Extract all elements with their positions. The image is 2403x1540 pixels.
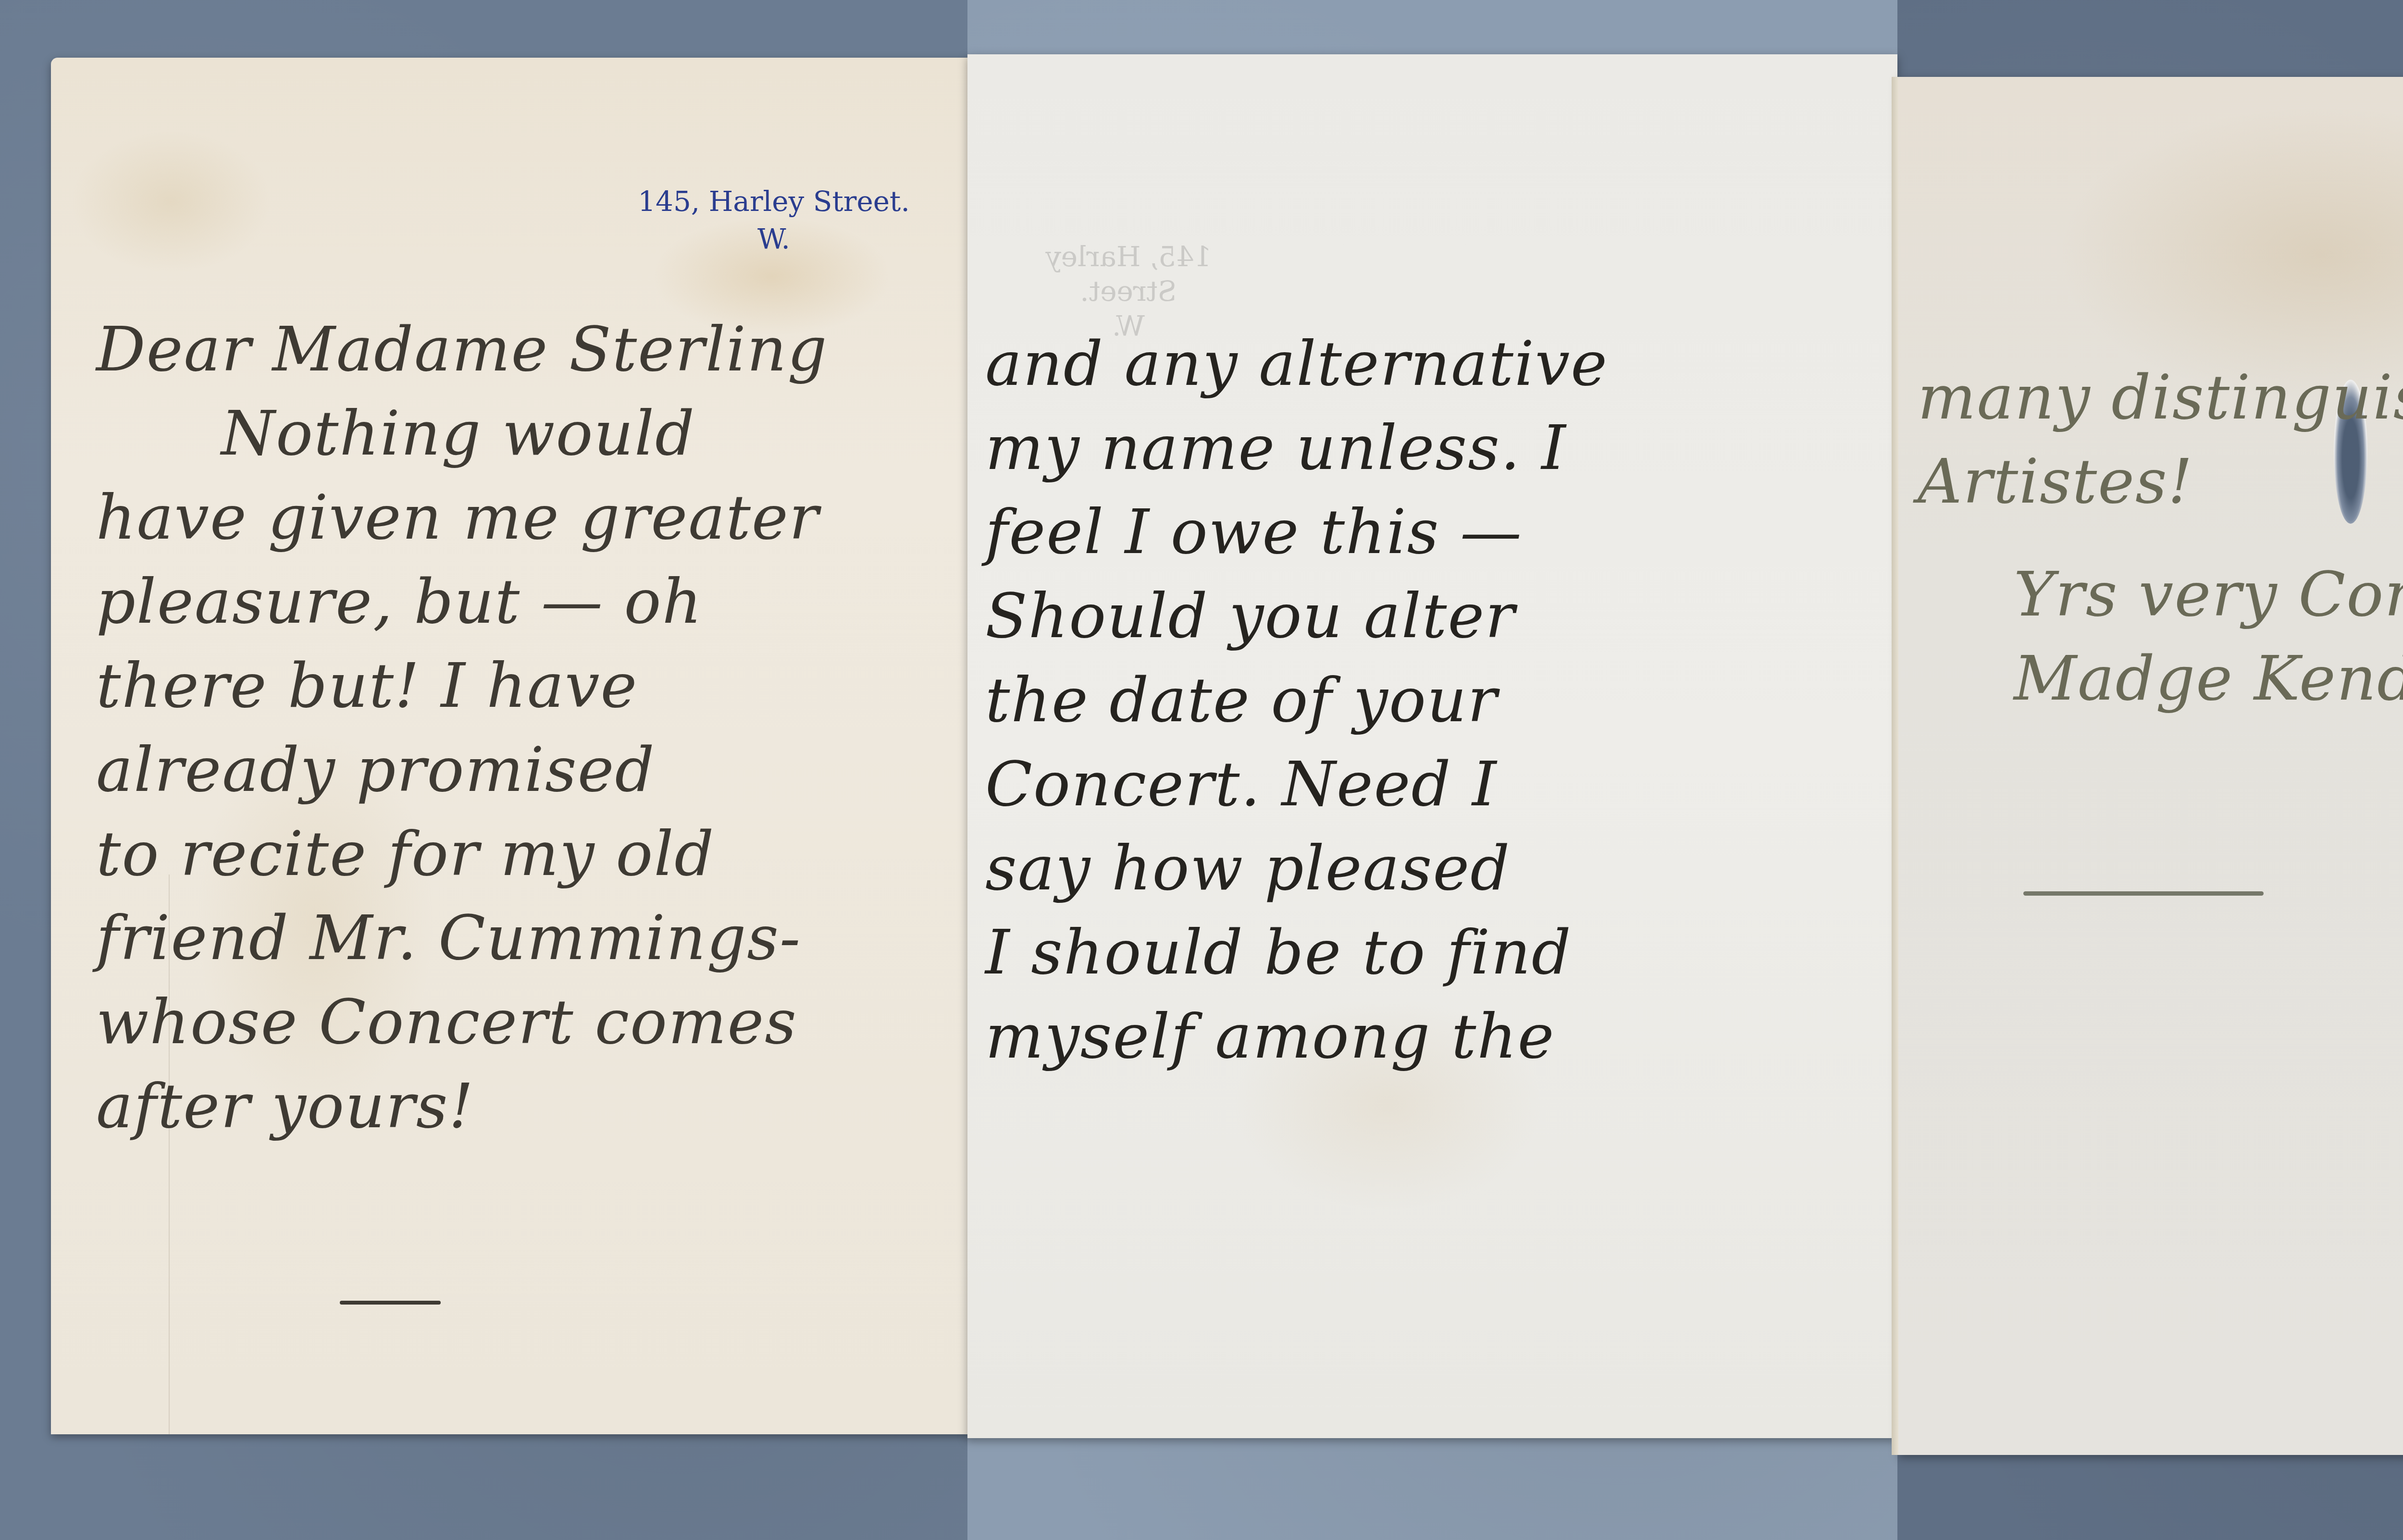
handwritten-line: the date of your xyxy=(985,658,1608,742)
salutation: Dear Madame Sterling xyxy=(96,308,828,392)
handwritten-line: Should you alter xyxy=(985,574,1608,658)
handwritten-line: feel I owe this — xyxy=(985,490,1608,574)
handwritten-line: friend Mr. Cummings- xyxy=(96,896,828,980)
signature: Madge Kendal xyxy=(1918,637,2403,721)
letterhead-district: W. xyxy=(606,220,942,258)
handwritten-line: my name unless. I xyxy=(985,406,1608,490)
handwritten-line: after yours! xyxy=(96,1064,828,1148)
letterhead-address: 145, Harley Street. xyxy=(606,183,942,220)
handwritten-line: myself among the xyxy=(985,995,1608,1079)
handwritten-line: have given me greater xyxy=(96,476,828,560)
handwriting-page-2: and any alternative my name unless. I fe… xyxy=(985,322,1608,1079)
page-spine-edge xyxy=(1892,77,1898,1455)
handwritten-line: whose Concert comes xyxy=(96,980,828,1064)
letter-photograph: 145, Harley Street. W. 145, Harley Stree… xyxy=(0,0,2403,1540)
handwritten-line: say how pleased xyxy=(985,826,1608,911)
handwriting-page-3: many distinguished Artistes! Yrs very Co… xyxy=(1918,356,2403,721)
handwritten-line: Artistes! xyxy=(1918,440,2403,524)
foxing-stain xyxy=(70,130,272,274)
handwritten-line: there but! I have xyxy=(96,644,828,728)
underline-mark xyxy=(340,1301,441,1305)
signature-underline xyxy=(2023,891,2264,896)
ghost-letterhead-line-1: 145, Harley Street. xyxy=(996,239,1261,308)
handwritten-line: to recite for my old xyxy=(96,812,828,896)
handwritten-line: Nothing would xyxy=(96,392,828,476)
handwriting-page-1: Dear Madame Sterling Nothing would have … xyxy=(96,308,828,1148)
handwritten-line: Concert. Need I xyxy=(985,742,1608,826)
printed-letterhead: 145, Harley Street. W. xyxy=(606,183,942,258)
handwritten-line: already promised xyxy=(96,728,828,812)
handwritten-line: I should be to find xyxy=(985,911,1608,995)
handwritten-line: and any alternative xyxy=(985,322,1608,406)
handwritten-line: many distinguished xyxy=(1918,356,2403,440)
closing-line: Yrs very Cordially xyxy=(1918,553,2403,637)
handwritten-line: pleasure, but — oh xyxy=(96,560,828,644)
letter-page-3 xyxy=(1898,77,2403,1455)
